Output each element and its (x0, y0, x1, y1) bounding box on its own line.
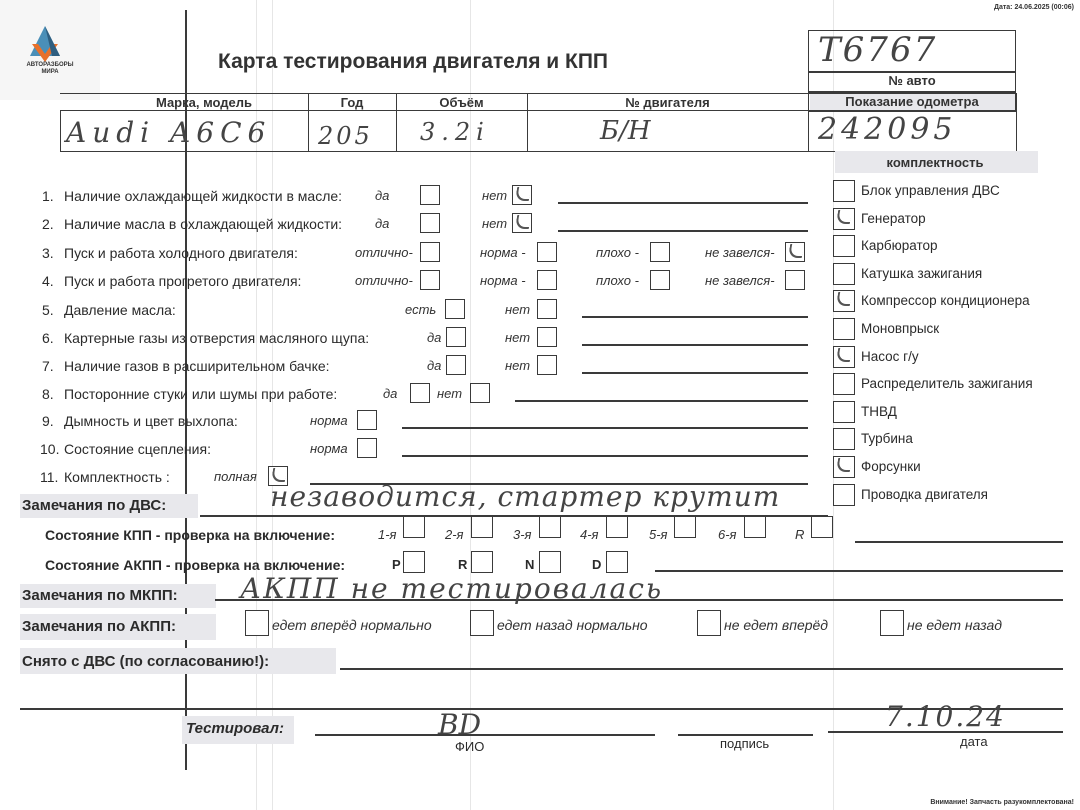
mode-label: D (592, 557, 601, 572)
completeness-item-label: Турбина (861, 431, 913, 446)
mode-checkbox[interactable] (606, 551, 628, 573)
completeness-item-label: Компрессор кондиционера (861, 293, 1030, 308)
checkbox-checked[interactable] (785, 242, 805, 262)
col-volume: Объём (396, 95, 527, 110)
page-title: Карта тестирования двигателя и КПП (218, 50, 608, 74)
completeness-item-label: ТНВД (861, 404, 897, 419)
checkbox-checked[interactable] (512, 185, 532, 205)
col-make-model: Марка, модель (100, 95, 308, 110)
checkbox[interactable] (420, 242, 440, 262)
akpp-remark-checkbox[interactable] (697, 610, 721, 636)
akpp-remark-label: едет вперёд нормально (272, 617, 432, 633)
option-label: да (375, 216, 389, 231)
check-number: 4. (42, 273, 54, 289)
option-label: да (427, 330, 441, 345)
gear-label: 4-я (580, 527, 599, 542)
notes-line[interactable] (558, 202, 808, 204)
akpp-remark-label: не едет вперёд (724, 617, 828, 633)
volume-value: 3.2i (420, 118, 490, 146)
option-label: отлично- (355, 245, 413, 260)
gear-checkbox[interactable] (674, 516, 696, 538)
akpp-remark-checkbox[interactable] (880, 610, 904, 636)
signature-caption: подпись (720, 736, 769, 751)
checkbox[interactable] (785, 270, 805, 290)
checkbox[interactable] (537, 242, 557, 262)
completeness-checkbox[interactable] (833, 263, 855, 285)
option-label: нет (482, 216, 507, 231)
checkbox-checked[interactable] (512, 213, 532, 233)
check-label: Посторонние стуки или шумы при работе: (64, 386, 337, 402)
option-label: норма - (480, 245, 526, 260)
option-label: да (383, 386, 397, 401)
logo-mark-icon (0, 0, 100, 100)
completeness-item-label: Моновпрыск (861, 321, 939, 336)
date-value[interactable]: 7.10.24 (885, 700, 1006, 733)
checkbox[interactable] (470, 383, 490, 403)
check-number: 8. (42, 386, 54, 402)
completeness-checkbox-checked[interactable] (833, 456, 855, 478)
completeness-checkbox[interactable] (833, 428, 855, 450)
checkbox[interactable] (650, 270, 670, 290)
completeness-item-label: Распределитель зажигания (861, 376, 1033, 391)
option-label: плохо - (596, 245, 639, 260)
checkbox[interactable] (446, 327, 466, 347)
option-label: нет (505, 330, 530, 345)
notes-line[interactable] (582, 372, 808, 374)
odometer-label: Показание одометра (808, 94, 1016, 109)
akpp-remarks-label: Замечания по АКПП: (22, 618, 176, 635)
kpp-label: Состояние КПП - проверка на включение: (45, 527, 335, 543)
logo-line2: МИРА (0, 69, 100, 75)
completeness-checkbox-checked[interactable] (833, 208, 855, 230)
col-engine-number: № двигателя (527, 95, 808, 110)
option-label: нет (437, 386, 462, 401)
notes-line[interactable] (515, 400, 808, 402)
checkbox[interactable] (537, 299, 557, 319)
tester-name-caption: ФИО (455, 739, 484, 754)
date-caption: дата (960, 734, 988, 749)
completeness-checkbox[interactable] (833, 401, 855, 423)
removed-label: Снято с ДВС (по согласованию!): (22, 653, 269, 670)
gear-label: 5-я (649, 527, 668, 542)
mode-label: P (392, 557, 401, 572)
completeness-checkbox-checked[interactable] (833, 346, 855, 368)
gear-checkbox[interactable] (744, 516, 766, 538)
gear-checkbox[interactable] (811, 516, 833, 538)
logo-line1: АВТОРАЗБОРЫ (0, 62, 100, 68)
gear-label: 2-я (445, 527, 464, 542)
checkbox[interactable] (420, 213, 440, 233)
checkbox[interactable] (420, 270, 440, 290)
option-label: да (427, 358, 441, 373)
check-number: 5. (42, 302, 54, 318)
option-label: нет (505, 358, 530, 373)
checkbox[interactable] (420, 185, 440, 205)
checkbox[interactable] (446, 355, 466, 375)
check-label: Давление масла: (64, 302, 176, 318)
completeness-checkbox[interactable] (833, 484, 855, 506)
make-model-value: Audi A6C6 (66, 116, 271, 149)
notes-line[interactable] (402, 455, 808, 457)
completeness-checkbox[interactable] (833, 318, 855, 340)
akpp-remark-checkbox[interactable] (470, 610, 494, 636)
gear-checkbox[interactable] (539, 516, 561, 538)
checkbox[interactable] (650, 242, 670, 262)
akpp-remark-label: едет назад нормально (497, 617, 648, 633)
gear-checkbox[interactable] (606, 516, 628, 538)
akpp-remark-checkbox[interactable] (245, 610, 269, 636)
option-label: не завелся- (705, 273, 775, 288)
logo: АВТОРАЗБОРЫ МИРА (0, 0, 100, 100)
tester-label: Тестировал: (186, 720, 284, 737)
check-label: Наличие охлаждающей жидкости в масле: (64, 188, 342, 204)
mkpp-remarks-value[interactable]: АКПП не тестировалась (240, 572, 663, 605)
option-label: да (375, 188, 389, 203)
car-number-value: T6767 (818, 30, 937, 70)
checkbox[interactable] (445, 299, 465, 319)
option-label: плохо - (596, 273, 639, 288)
mode-label: N (525, 557, 534, 572)
completeness-title: комплектность (835, 155, 1035, 170)
check-label: Пуск и работа холодного двигателя: (64, 245, 298, 261)
gear-label: 6-я (718, 527, 737, 542)
check-number: 11. (40, 469, 58, 485)
check-number: 9. (42, 413, 54, 429)
mode-checkbox[interactable] (403, 551, 425, 573)
completeness-item-label: Блок управления ДВС (861, 183, 1000, 198)
notes-line[interactable] (558, 230, 808, 232)
completeness-item-label: Катушка зажигания (861, 266, 982, 281)
akpp-label: Состояние АКПП - проверка на включение: (45, 557, 345, 573)
year-value: 205 (318, 122, 373, 150)
checkbox[interactable] (410, 383, 430, 403)
checkbox[interactable] (537, 355, 557, 375)
check-number: 10. (40, 441, 59, 457)
engine-number-value: Б/Н (600, 116, 651, 146)
engine-remarks-value[interactable]: незаводится, стартер крутит (270, 480, 780, 513)
gear-checkbox[interactable] (403, 516, 425, 538)
check-number: 7. (42, 358, 54, 374)
completeness-item-label: Генератор (861, 211, 926, 226)
gear-label: 3-я (513, 527, 532, 542)
completeness-checkbox[interactable] (833, 235, 855, 257)
stamp-date: Дата: 24.06.2025 (00:06) (994, 4, 1074, 11)
col-year: Год (308, 95, 396, 110)
mode-label: R (458, 557, 467, 572)
completeness-checkbox[interactable] (833, 373, 855, 395)
option-label: есть (405, 302, 436, 317)
mode-checkbox[interactable] (471, 551, 493, 573)
tester-name-value[interactable]: BD (438, 708, 481, 741)
check-label: Дымность и цвет выхлопа: (64, 413, 238, 429)
odometer-value: 242095 (818, 112, 957, 147)
check-label: Состояние сцепления: (64, 441, 211, 457)
completeness-item-label: Форсунки (861, 459, 921, 474)
check-number: 1. (42, 188, 54, 204)
option-label: нет (505, 302, 530, 317)
check-label: Пуск и работа прогретого двигателя: (64, 273, 301, 289)
gear-label: 1-я (378, 527, 397, 542)
option-label: норма (310, 441, 348, 456)
akpp-remark-label: не едет назад (907, 617, 1002, 633)
option-label: норма - (480, 273, 526, 288)
option-label: отлично- (355, 273, 413, 288)
checkbox[interactable] (357, 410, 377, 430)
completeness-checkbox[interactable] (833, 180, 855, 202)
check-label: Наличие масла в охлаждающей жидкости: (64, 216, 342, 232)
check-label: Наличие газов в расширительном бачке: (64, 358, 330, 374)
notes-line[interactable] (582, 316, 808, 318)
gear-checkbox[interactable] (471, 516, 493, 538)
footer-note: Внимание! Запчасть разукомплектована! (930, 799, 1074, 806)
option-label: не завелся- (705, 245, 775, 260)
notes-line[interactable] (402, 427, 808, 429)
check-label: Комплектность : (64, 469, 170, 485)
option-label: норма (310, 413, 348, 428)
notes-line[interactable] (582, 344, 808, 346)
completeness-item-label: Насос г/у (861, 349, 919, 364)
mode-checkbox[interactable] (539, 551, 561, 573)
completeness-checkbox-checked[interactable] (833, 290, 855, 312)
option-label: полная (214, 469, 257, 484)
completeness-item-label: Карбюратор (861, 238, 938, 253)
mkpp-remarks-label: Замечания по МКПП: (22, 587, 178, 604)
checkbox[interactable] (537, 270, 557, 290)
checkbox[interactable] (537, 327, 557, 347)
check-number: 3. (42, 245, 54, 261)
check-number: 2. (42, 216, 54, 232)
check-number: 6. (42, 330, 54, 346)
engine-remarks-label: Замечания по ДВС: (22, 497, 166, 514)
gear-label: R (795, 527, 804, 542)
option-label: нет (482, 188, 507, 203)
car-number-label: № авто (808, 73, 1016, 88)
checkbox[interactable] (357, 438, 377, 458)
completeness-item-label: Проводка двигателя (861, 487, 988, 502)
check-label: Картерные газы из отверстия масляного щу… (64, 330, 369, 346)
